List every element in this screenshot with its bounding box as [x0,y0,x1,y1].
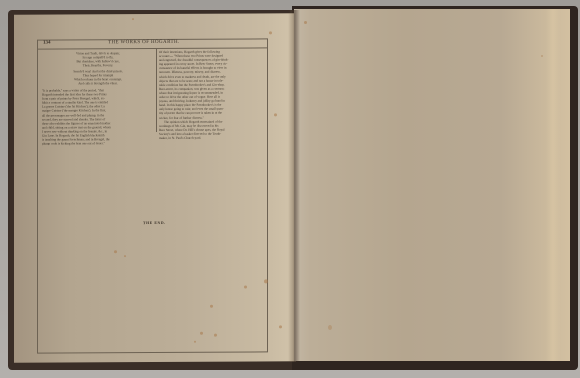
left-column-prose: "It is probable," says a writer of the p… [42,88,154,146]
foxing-spot [210,305,213,308]
foxing-spot [328,325,332,330]
foxing-spot [132,18,134,20]
foxing-spot [279,325,282,328]
left-page: 134 THE WORKS OF HOGARTH. Virtue and Tru… [14,13,296,362]
text-frame: 134 THE WORKS OF HOGARTH. Virtue and Tru… [37,38,268,353]
open-book: 134 THE WORKS OF HOGARTH. Virtue and Tru… [6,6,578,372]
closing-label: THE END. [143,221,166,225]
prose-line: plump cook is kicking the lean one out o… [42,141,154,146]
running-head: THE WORKS OF HOGARTH. [108,40,180,45]
column-divider [156,49,157,132]
foxing-spot [194,341,196,343]
foxing-spot [114,250,117,253]
page-number: 134 [43,41,51,46]
foxing-spot [541,55,543,57]
verse-line: Their, Hearths, Poverty. [42,63,154,68]
verse-stanza-2: Search'd way! And at the chief-priests, … [42,69,154,86]
foxing-spot [274,113,277,116]
verse-line: And calls it Strength the vilest. [42,81,154,86]
foxing-spot [214,334,217,337]
book-gutter [288,10,300,362]
foxing-spot [244,286,247,289]
foxing-spot [269,31,272,34]
foxing-spot [264,279,268,283]
verse-stanza-1: Virtue and Truth, driv'n to despair, Its… [42,51,154,68]
right-column-prose: Of their intentions, Hogarth gives the f… [159,49,266,140]
foxing-spot [200,332,203,335]
page-edge-highlight [546,9,560,361]
foxing-spot [124,255,126,257]
prose-line: maker, in St. Paul's Church-yard. [159,135,266,140]
right-page-endpaper [294,9,570,361]
foxing-spot [304,21,307,24]
left-column: Virtue and Truth, driv'n to despair, Its… [42,51,154,146]
